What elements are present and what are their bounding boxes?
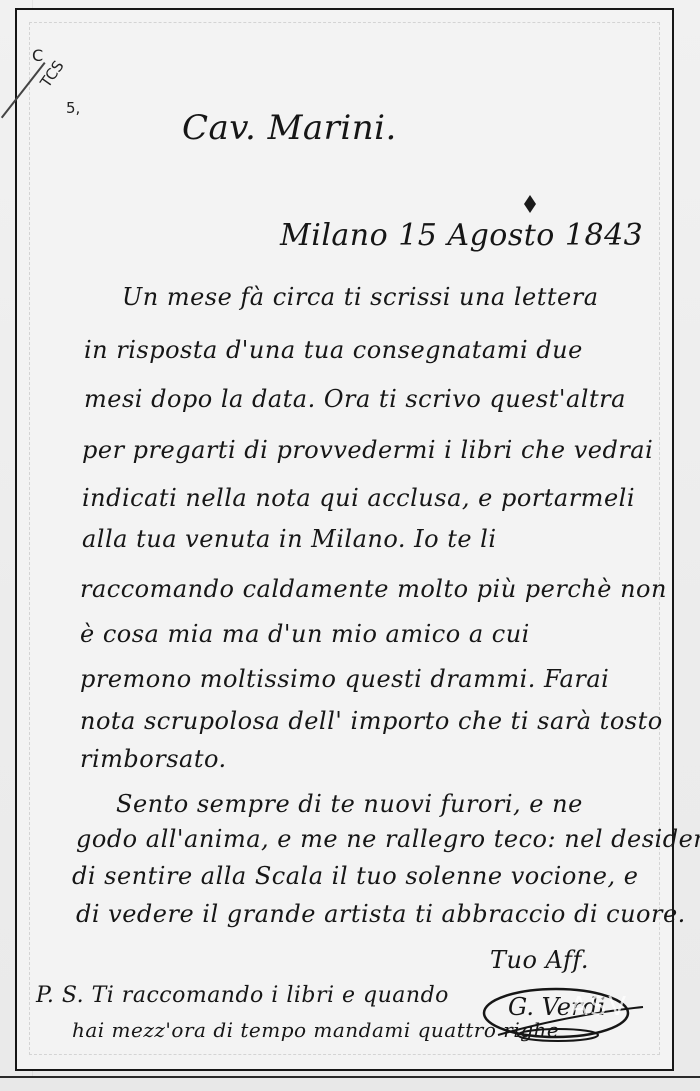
ornament-diamond-icon (524, 195, 536, 213)
body-line: raccomando caldamente molto più perchè n… (80, 575, 667, 603)
underlying-sheet-edge (0, 1076, 700, 1091)
body-line: godo all'anima, e me ne rallegro teco: n… (76, 825, 700, 853)
body-line: premono moltissimo questi drammi. Farai (80, 665, 609, 693)
dateline: Milano 15 Agosto 1843 (280, 218, 643, 253)
body-line: di vedere il grande artista ti abbraccio… (76, 900, 686, 928)
body-line: Un mese fà circa ti scrissi una lettera (122, 283, 599, 311)
body-line: indicati nella nota qui acclusa, e porta… (82, 484, 635, 512)
body-line: per pregarti di provvedermi i libri che … (82, 436, 653, 464)
body-line: in risposta d'una tua consegnatami due (84, 336, 583, 364)
body-line: di sentire alla Scala il tuo solenne voc… (72, 862, 638, 890)
body-line: nota scrupolosa dell' importo che ti sar… (80, 707, 663, 735)
postscript-line: hai mezz'ora di tempo mandami quattro ri… (72, 1018, 559, 1042)
archive-mark-line-1: C (32, 48, 43, 64)
body-line: alla tua venuta in Milano. Io te li (82, 525, 497, 553)
body-line: è cosa mia ma d'un mio amico a cui (80, 620, 530, 648)
closing: Tuo Aff. (490, 946, 589, 974)
body-line: rimborsato. (80, 745, 227, 773)
archive-mark-line-3: 5, (66, 100, 80, 116)
watermark: ASV (570, 992, 628, 1022)
body-line: mesi dopo la data. Ora ti scrivo quest'a… (84, 385, 626, 413)
body-line: Sento sempre di te nuovi furori, e ne (116, 790, 583, 818)
addressee: Cav. Marini. (182, 108, 397, 148)
postscript-line: P. S. Ti raccomando i libri e quando (36, 983, 449, 1008)
